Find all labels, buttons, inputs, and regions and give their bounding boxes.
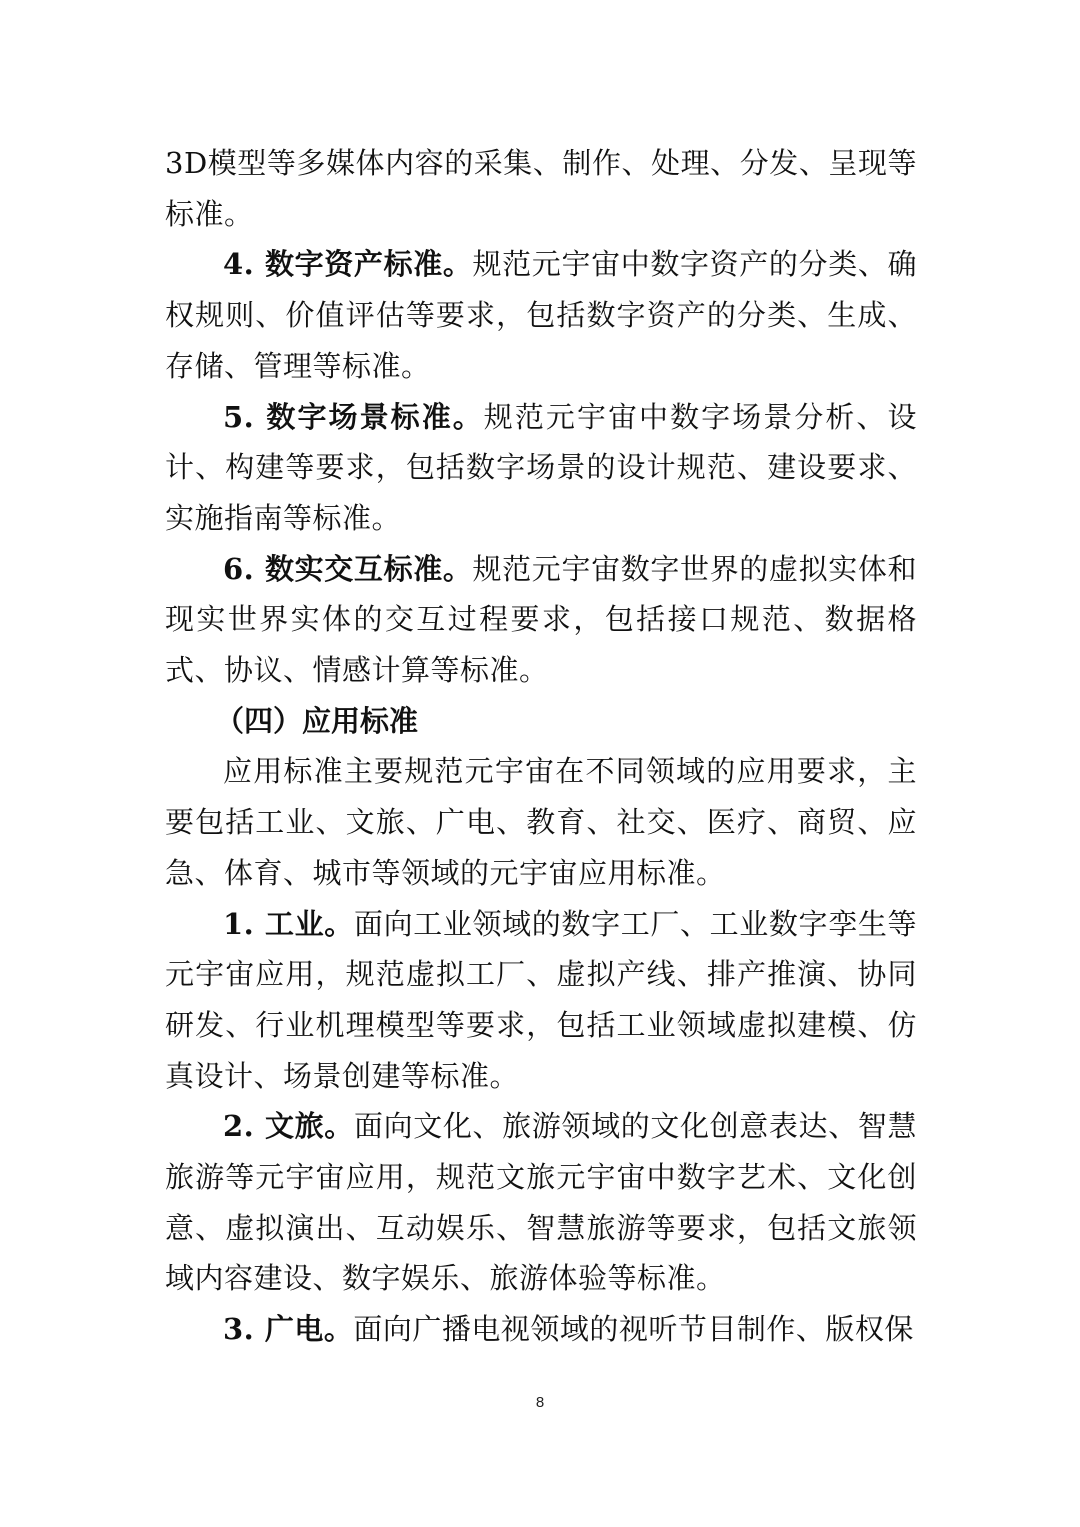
paragraph-culture-tourism: 2. 文旅。面向文化、旅游领域的文化创意表达、智慧旅游等元宇宙应用，规范文旅元宇… <box>165 1101 917 1304</box>
paragraph-lead: 3. 广电。 <box>223 1312 353 1346</box>
paragraph-lead: 6. 数实交互标准。 <box>223 552 473 586</box>
paragraph-application-intro: 应用标准主要规范元宇宙在不同领域的应用要求，主要包括工业、文旅、广电、教育、社交… <box>165 746 917 898</box>
paragraph-digital-asset-standards: 4. 数字资产标准。规范元宇宙中数字资产的分类、确权规则、价值评估等要求，包括数… <box>165 239 917 391</box>
paragraph-lead: 5. 数字场景标准。 <box>223 400 484 434</box>
paragraph-digital-real-interaction-standards: 6. 数实交互标准。规范元宇宙数字世界的虚拟实体和现实世界实体的交互过程要求，包… <box>165 544 917 696</box>
paragraph-digital-scene-standards: 5. 数字场景标准。规范元宇宙中数字场景分析、设计、构建等要求，包括数字场景的设… <box>165 392 917 544</box>
document-page: 3D模型等多媒体内容的采集、制作、处理、分发、呈现等标准。 4. 数字资产标准。… <box>165 138 917 1355</box>
paragraph-broadcasting: 3. 广电。面向广播电视领域的视听节目制作、版权保 <box>165 1304 917 1355</box>
paragraph-lead: 1. 工业。 <box>223 907 354 941</box>
paragraph-industry: 1. 工业。面向工业领域的数字工厂、工业数字孪生等元宇宙应用，规范虚拟工厂、虚拟… <box>165 899 917 1102</box>
paragraph-text: 3D模型等多媒体内容的采集、制作、处理、分发、呈现等标准。 <box>165 146 917 231</box>
paragraph-lead: 4. 数字资产标准。 <box>223 247 473 281</box>
page-number: 8 <box>0 1394 1080 1411</box>
paragraph-media-standards: 3D模型等多媒体内容的采集、制作、处理、分发、呈现等标准。 <box>165 138 917 239</box>
paragraph-lead: 2. 文旅。 <box>223 1109 354 1143</box>
paragraph-text: 应用标准主要规范元宇宙在不同领域的应用要求，主要包括工业、文旅、广电、教育、社交… <box>165 754 917 889</box>
paragraph-text: 面向广播电视领域的视听节目制作、版权保 <box>353 1312 914 1346</box>
section-heading: （四）应用标准 <box>165 696 917 747</box>
